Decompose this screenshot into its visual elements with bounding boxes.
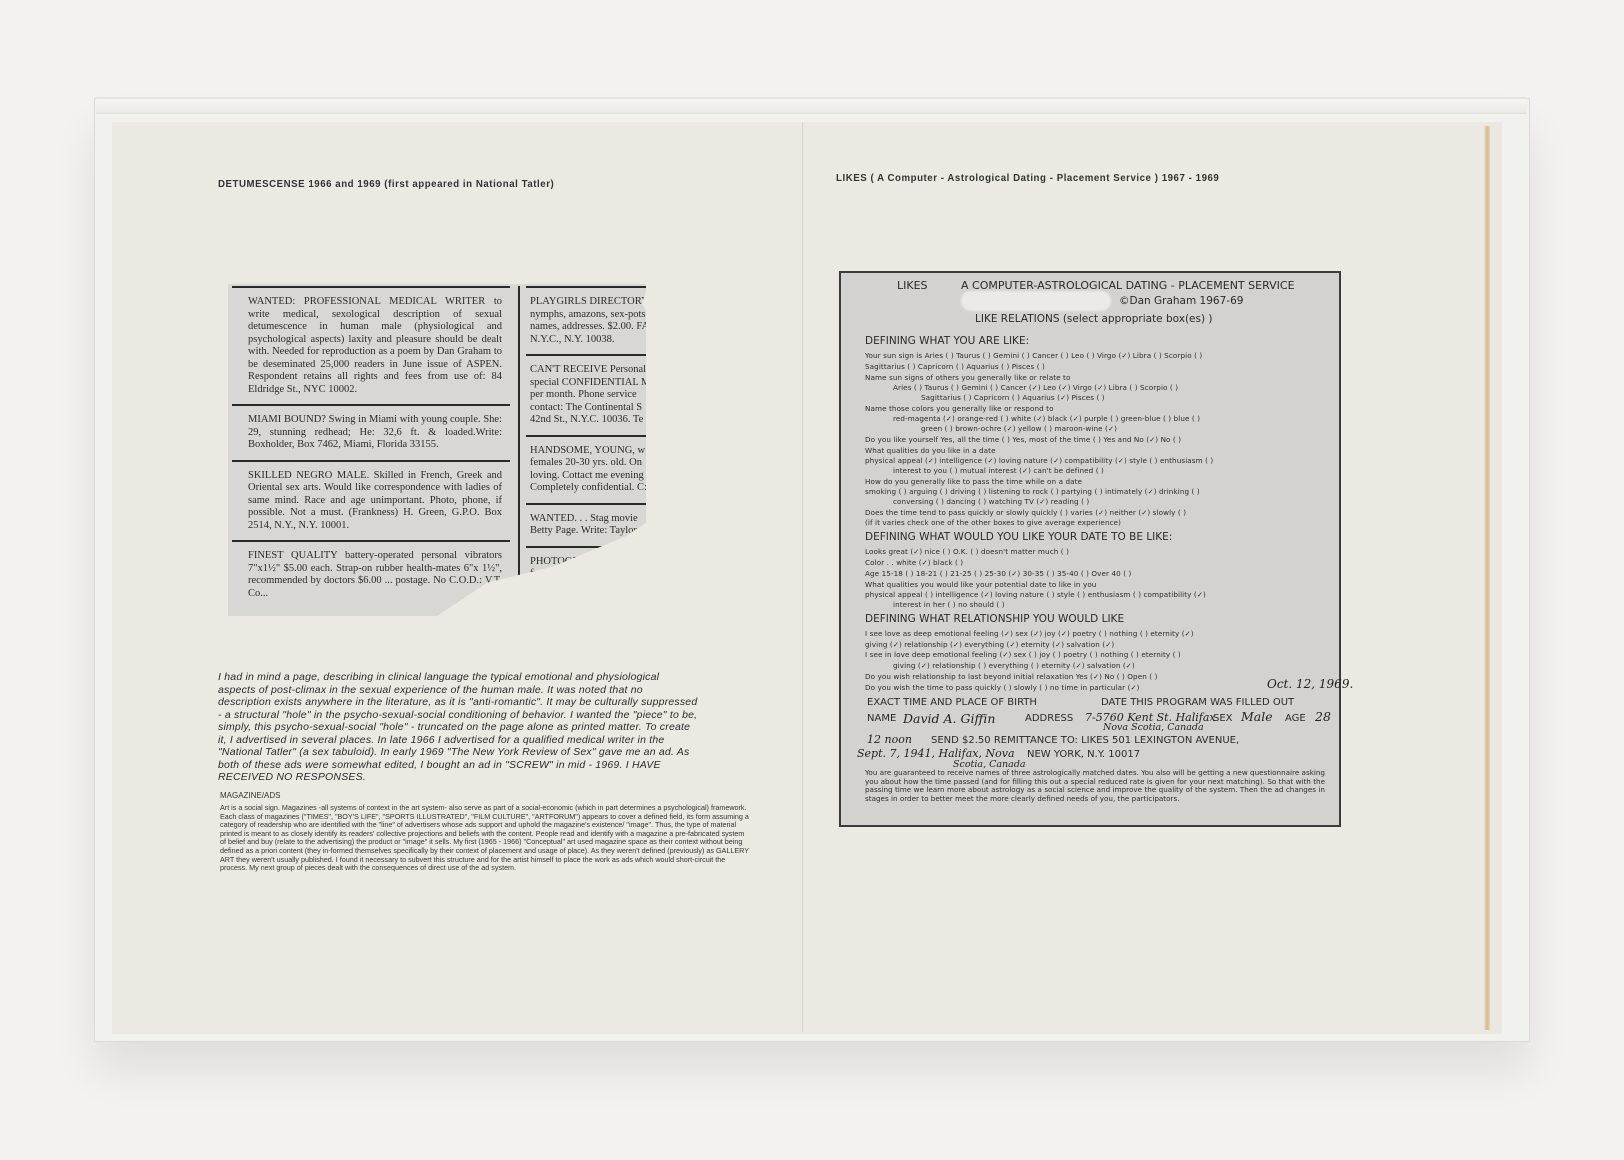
form-line: smoking ( ) arguing ( ) driving ( ) list… [865,487,1200,496]
classified-ad: CAN'T RECEIVE Personal M special CONFIDE… [526,356,666,437]
classified-ad: HANDSOME, YOUNG, w females 20-30 yrs. ol… [526,437,666,505]
right-page-header: LIKES ( A Computer - Astrological Dating… [836,172,1219,184]
handwritten-sex: Male [1241,709,1273,724]
birth-label: EXACT TIME AND PLACE OF BIRTH [867,697,1037,708]
form-footer-text: You are guaranteed to receive names of t… [865,769,1325,803]
classified-ad: WANTED: PROFESSIONAL MEDICAL WRITER to w… [232,286,510,406]
form-line: What qualities do you like in a date [865,446,996,455]
form-line: I see love as deep emotional feeling (✓)… [865,629,1194,638]
form-line: Do you wish relationship to last beyond … [865,672,1157,681]
form-line: Does the time tend to pass quickly or sl… [865,508,1186,517]
section-heading: DEFINING WHAT YOU ARE LIKE: [865,335,1029,347]
classified-ad: PHOTOGR... fuck... [526,548,666,589]
handwritten-date: Oct. 12, 1969. [1267,677,1353,691]
page-edges [1484,126,1490,1030]
form-line: interest in her ( ) no should ( ) [893,600,1005,609]
handwritten-birth-time: 12 noon [867,733,912,746]
clipping-column-b: PLAYGIRLS DIRECTORY nymphs, amazons, sex… [518,286,666,616]
address-label: ADDRESS [1025,713,1073,724]
form-line: Name those colors you generally like or … [865,404,1054,413]
age-label: AGE [1285,713,1306,724]
redaction-smudge [961,291,1111,311]
open-book: DETUMESCENSE 1966 and 1969 (first appear… [112,122,1502,1034]
classified-ad: MIAMI BOUND? Swing in Miami with young c… [232,406,510,462]
form-line: giving (✓) relationship ( ) everything (… [893,661,1135,670]
form-title: A COMPUTER-ASTROLOGICAL DATING - PLACEME… [961,279,1295,292]
form-subtitle: LIKE RELATIONS (select appropriate box(e… [975,313,1213,325]
handwritten-name: David A. Giffin [903,711,995,726]
form-line: Your sun sign is Aries ( ) Taurus ( ) Ge… [865,351,1202,360]
form-line: Name sun signs of others you generally l… [865,373,1070,382]
form-line: How do you generally like to pass the ti… [865,477,1082,486]
form-line: Sagittarius ( ) Capricorn ( ) Aquarius (… [865,362,1045,371]
form-line: Do you like yourself Yes, all the time (… [865,435,1181,444]
classified-ad: SKILLED NEGRO MALE. Skilled in French, G… [232,462,510,543]
left-page: DETUMESCENSE 1966 and 1969 (first appear… [112,122,803,1032]
acrylic-case-top-edge [96,97,1526,114]
section-heading: DEFINING WHAT WOULD YOU LIKE YOUR DATE T… [865,531,1172,543]
essay-text: I had in mind a page, describing in clin… [218,671,698,784]
classified-ad: FINEST QUALITY battery-operated personal… [232,542,510,608]
form-line: (if it varies check one of the other box… [865,518,1121,527]
handwritten-address-line2: Nova Scotia, Canada [1103,722,1204,733]
form-line: physical appeal (✓) intelligence (✓) lov… [865,456,1213,465]
magazine-ads-body: Art is a social sign. Magazines -all sys… [220,804,750,873]
form-copyright: ©Dan Graham 1967-69 [1119,295,1243,307]
form-line: physical appeal ( ) intelligence (✓) lov… [865,590,1206,599]
form-line: Sagittarius ( ) Capricorn ( ) Aquarius (… [921,393,1105,402]
sex-label: SEX [1213,713,1233,724]
likes-questionnaire-form: LIKES A COMPUTER-ASTROLOGICAL DATING - P… [839,271,1341,827]
newspaper-clipping: WANTED: PROFESSIONAL MEDICAL WRITER to w… [228,284,646,616]
remittance-text: SEND $2.50 REMITTANCE TO: LIKES 501 LEXI… [931,735,1239,746]
date-label: DATE THIS PROGRAM WAS FILLED OUT [1101,697,1294,708]
name-label: NAME [867,713,896,724]
handwritten-age: 28 [1315,709,1331,724]
remittance-city: NEW YORK, N.Y. 10017 [1027,749,1140,760]
form-line: green ( ) brown-ochre (✓) yellow ( ) mar… [921,424,1117,433]
classified-ad: WANTED. . . Stag movie Betty Page. Write… [526,505,666,548]
form-line: Do you wish the time to pass quickly ( )… [865,683,1140,692]
form-line: Age 15-18 ( ) 18-21 ( ) 21-25 ( ) 25-30 … [865,569,1131,578]
section-heading: DEFINING WHAT RELATIONSHIP YOU WOULD LIK… [865,613,1124,625]
form-line: interest to you ( ) mutual interest (✓) … [893,466,1104,475]
left-page-header: DETUMESCENSE 1966 and 1969 (first appear… [218,178,554,190]
form-line: Aries ( ) Taurus ( ) Gemini ( ) Cancer (… [893,383,1178,392]
magazine-ads-title: MAGAZINE/ADS [220,791,280,800]
form-line: I see in love deep emotional feeling (✓)… [865,650,1181,659]
form-line: Color . . white (✓) black ( ) [865,558,963,567]
form-line: Looks great (✓) nice ( ) O.K. ( ) doesn'… [865,547,1069,556]
form-line: What qualities you would like your poten… [865,580,1096,589]
form-line: giving (✓) relationship (✓) everything (… [865,640,1114,649]
form-line: conversing ( ) dancing ( ) watching TV (… [893,497,1089,506]
form-brand: LIKES [897,279,928,292]
form-line: red-magenta (✓) orange-red ( ) white (✓)… [893,414,1200,423]
clipping-column-a: WANTED: PROFESSIONAL MEDICAL WRITER to w… [232,286,510,608]
classified-ad: PLAYGIRLS DIRECTORY nymphs, amazons, sex… [526,286,666,356]
